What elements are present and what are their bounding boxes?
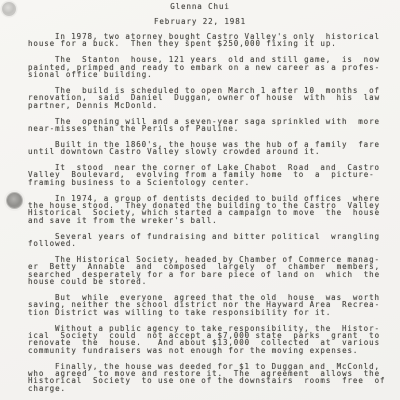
paragraph: Finally, the house was deeded for $1 to …: [28, 363, 390, 392]
text-line: followed.: [28, 240, 390, 247]
text-line: community fundraisers was not enough for…: [28, 347, 390, 354]
paragraph: Without a public agency to take responsi…: [28, 325, 390, 354]
text-line: near-misses than the Perils of Pauline.: [28, 125, 390, 132]
paragraph: The Historical Society, headed by Chambe…: [28, 256, 390, 285]
text-line: sional office building.: [28, 71, 390, 78]
byline-text: Glenna Chui: [0, 3, 400, 10]
text-line: Several years of fundraising and bitter …: [28, 233, 390, 240]
document-header: Glenna Chui February 22, 1981: [0, 3, 400, 25]
paragraph: The build is scheduled to open March 1 a…: [28, 87, 390, 109]
text-line: Historical Society to use one of the dow…: [28, 377, 390, 384]
paragraph: In 1978, two atorney bought Castro Valle…: [28, 33, 390, 48]
paragraph: The opening will and a seven-year saga s…: [28, 118, 390, 133]
text-line: framing business to a Scientology center…: [28, 179, 390, 186]
hole-punch-bottom: [6, 192, 23, 209]
paragraph: It stood near the corner of Lake Chabot …: [28, 164, 390, 186]
date-text: February 22, 1981: [0, 18, 400, 25]
document-body: In 1978, two atorney bought Castro Valle…: [28, 33, 390, 400]
paragraph: The Stanton house, 121 years old and sti…: [28, 56, 390, 78]
text-line: and save it from the wreker's ball.: [28, 217, 390, 224]
text-line: house for a buck. Then they spent $250,0…: [28, 40, 390, 47]
text-line: tion District was willing to take respon…: [28, 309, 390, 316]
paragraph: Several years of fundraising and bitter …: [28, 233, 390, 248]
text-line: until downtown Castro Valley slowly crow…: [28, 148, 390, 155]
paragraph: But while everyone agreed that the old h…: [28, 294, 390, 316]
text-line: charge.: [28, 385, 390, 392]
text-line: partner, Dennis McDonld.: [28, 102, 390, 109]
paragraph: Built in the 1860's, the house was the h…: [28, 141, 390, 156]
paragraph: In 1974, a group of dentists decided to …: [28, 195, 390, 224]
text-line: house could be stored.: [28, 278, 390, 285]
scanned-document-page: Glenna Chui February 22, 1981 In 1978, t…: [0, 0, 400, 400]
